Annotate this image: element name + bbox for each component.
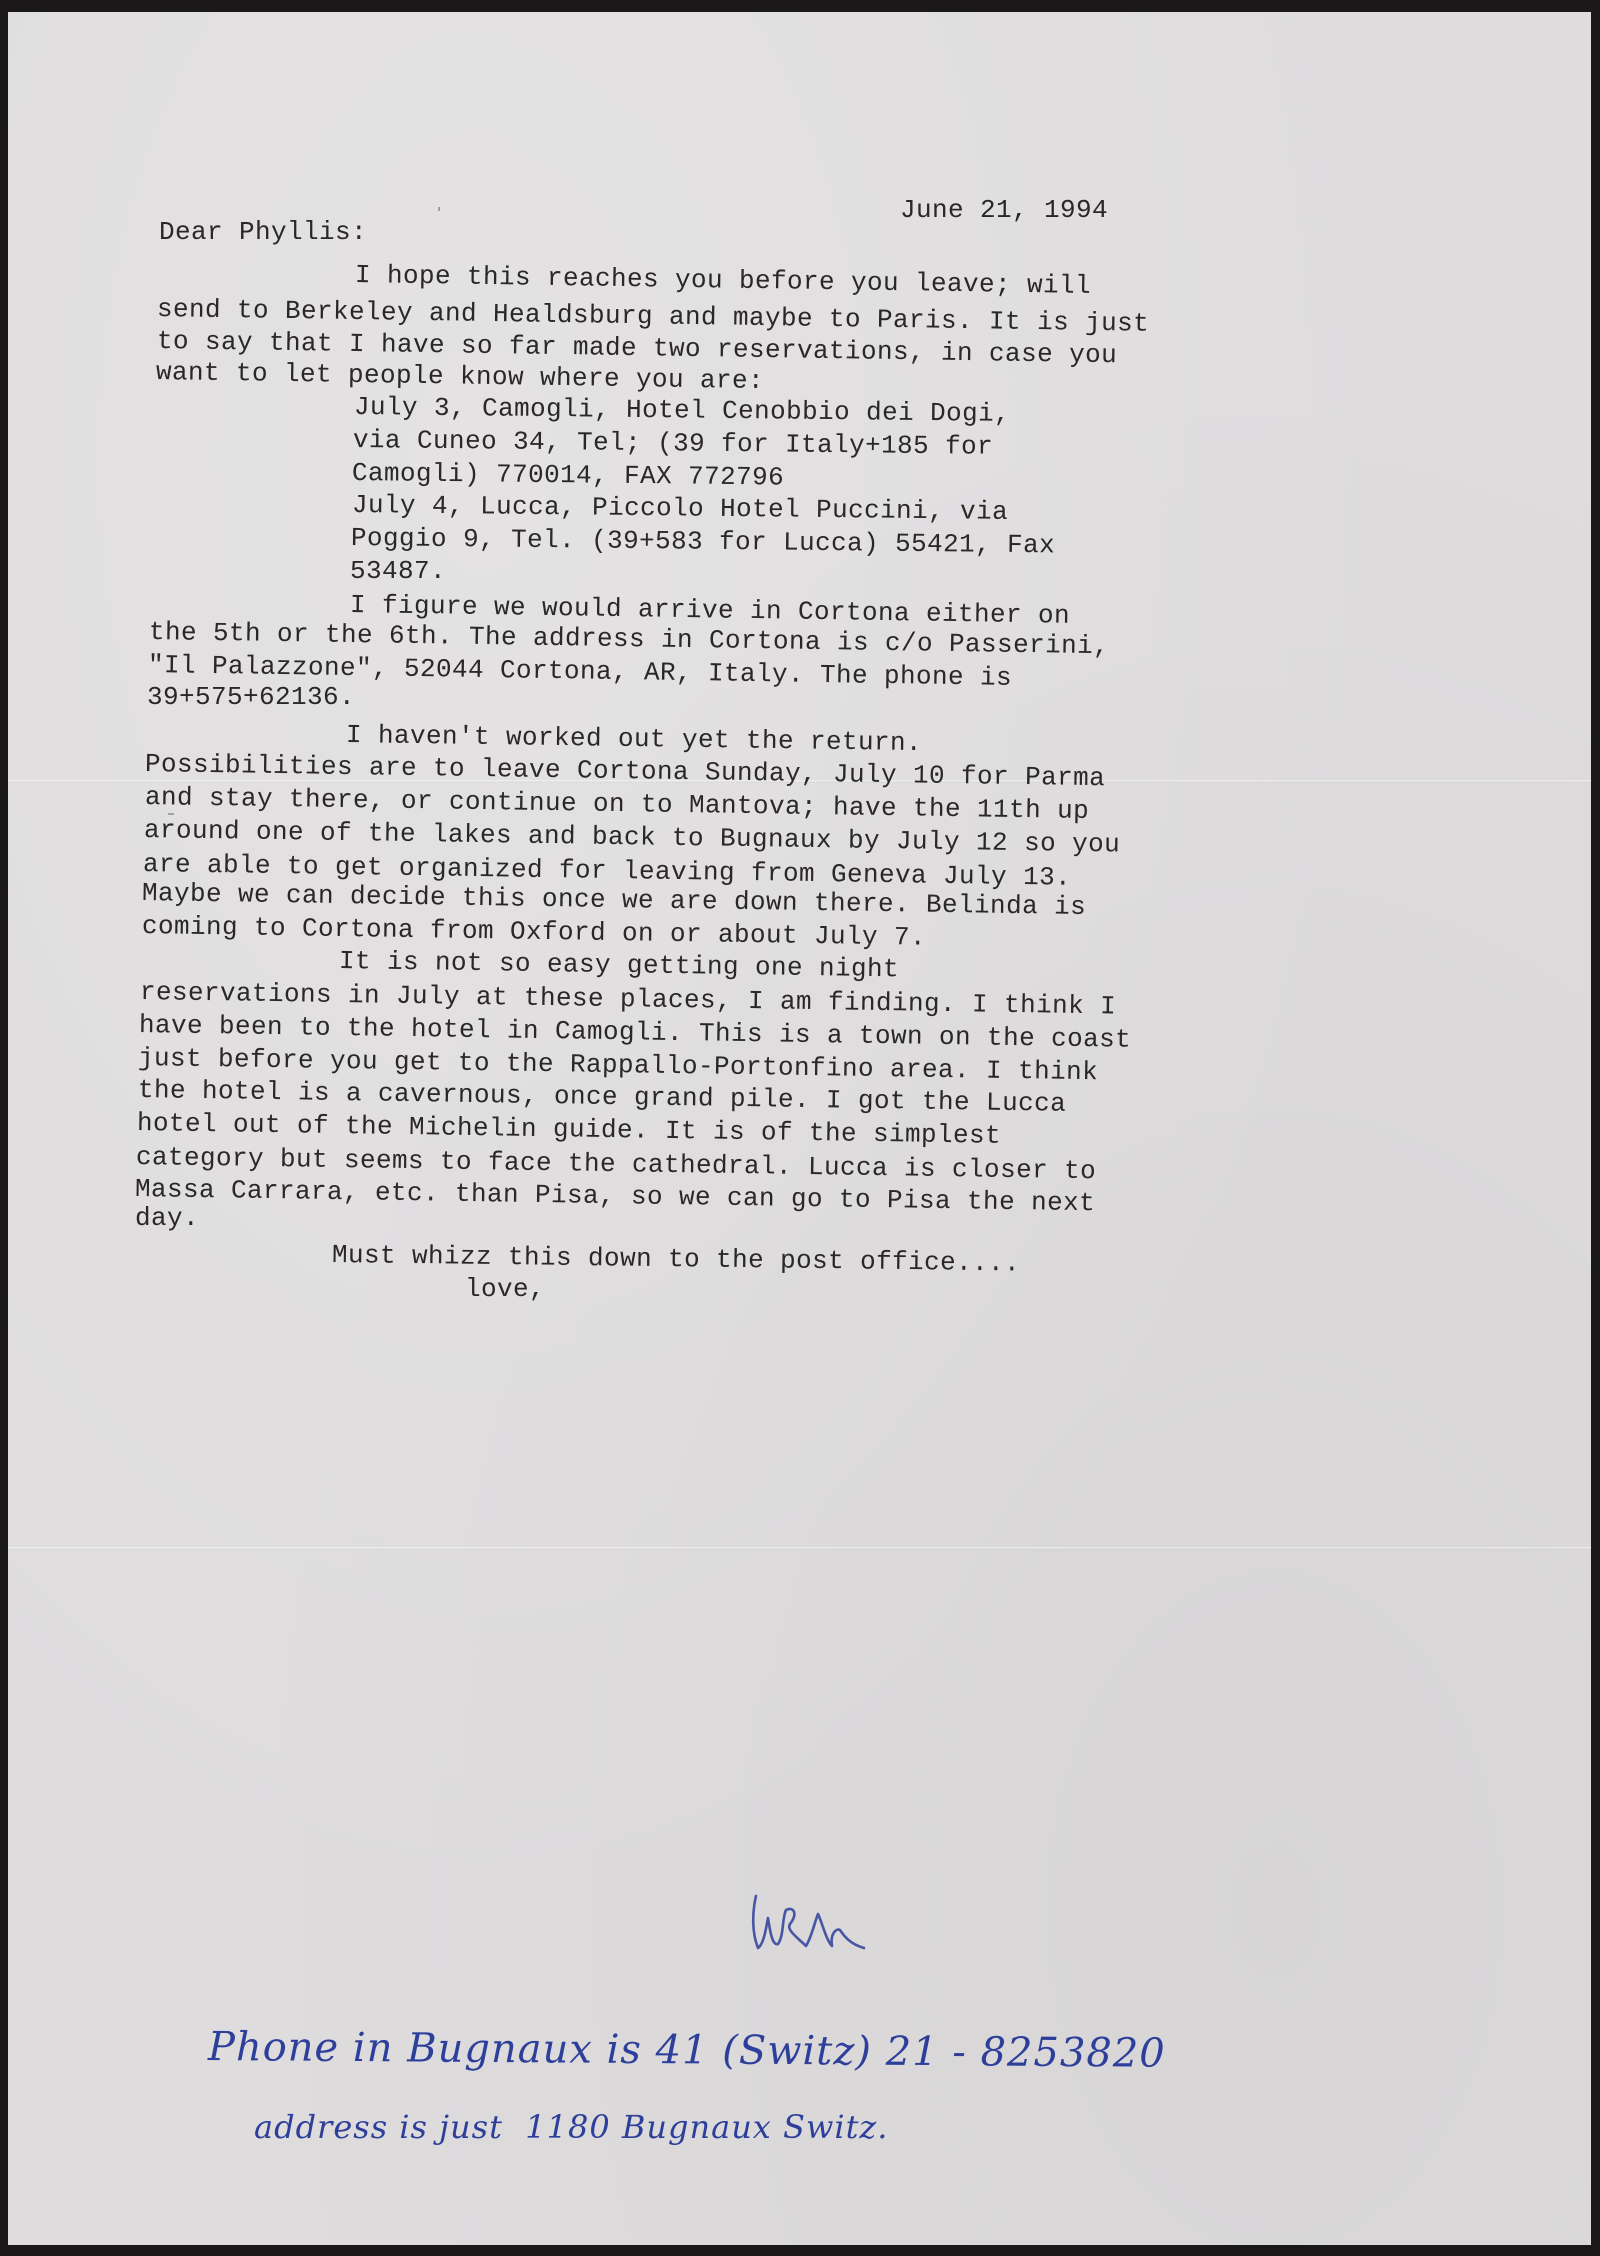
letter-date: June 21, 1994 [900,195,1108,225]
paper-fold-line [8,1547,1591,1550]
reservation-line: via Cuneo 34, Tel; (39 for Italy+185 for [353,425,993,462]
paper-mark [438,207,440,211]
reservation-line: Poggio 9, Tel. (39+583 for Lucca) 55421,… [351,523,1055,560]
reservation-line: July 4, Lucca, Piccolo Hotel Puccini, vi… [352,490,1008,527]
closing-line: Must whizz this down to the post office.… [332,1240,1020,1278]
body-line: It is not so easy getting one night [339,946,899,984]
body-line: day. [135,1203,199,1233]
reservation-line: 53487. [350,556,446,586]
letter-page: June 21, 1994 Dear Phyllis: I hope this … [8,12,1591,2245]
valediction: love, [465,1274,545,1304]
handwritten-phone-note: Phone in Bugnaux is 41 (Switz) 21 - 8253… [208,2024,1166,2077]
salutation: Dear Phyllis: [159,217,367,247]
body-line: I hope this reaches you before you leave… [355,260,1091,301]
handwritten-address-note: address is just 1180 Bugnaux Switz. [254,2108,888,2146]
paper-mark [168,813,174,815]
signature [746,1888,876,1958]
reservation-line: Camogli) 770014, FAX 772796 [352,458,784,493]
reservation-line: July 3, Camogli, Hotel Cenobbio dei Dogi… [354,392,1010,429]
body-line: 39+575+62136. [147,682,355,712]
